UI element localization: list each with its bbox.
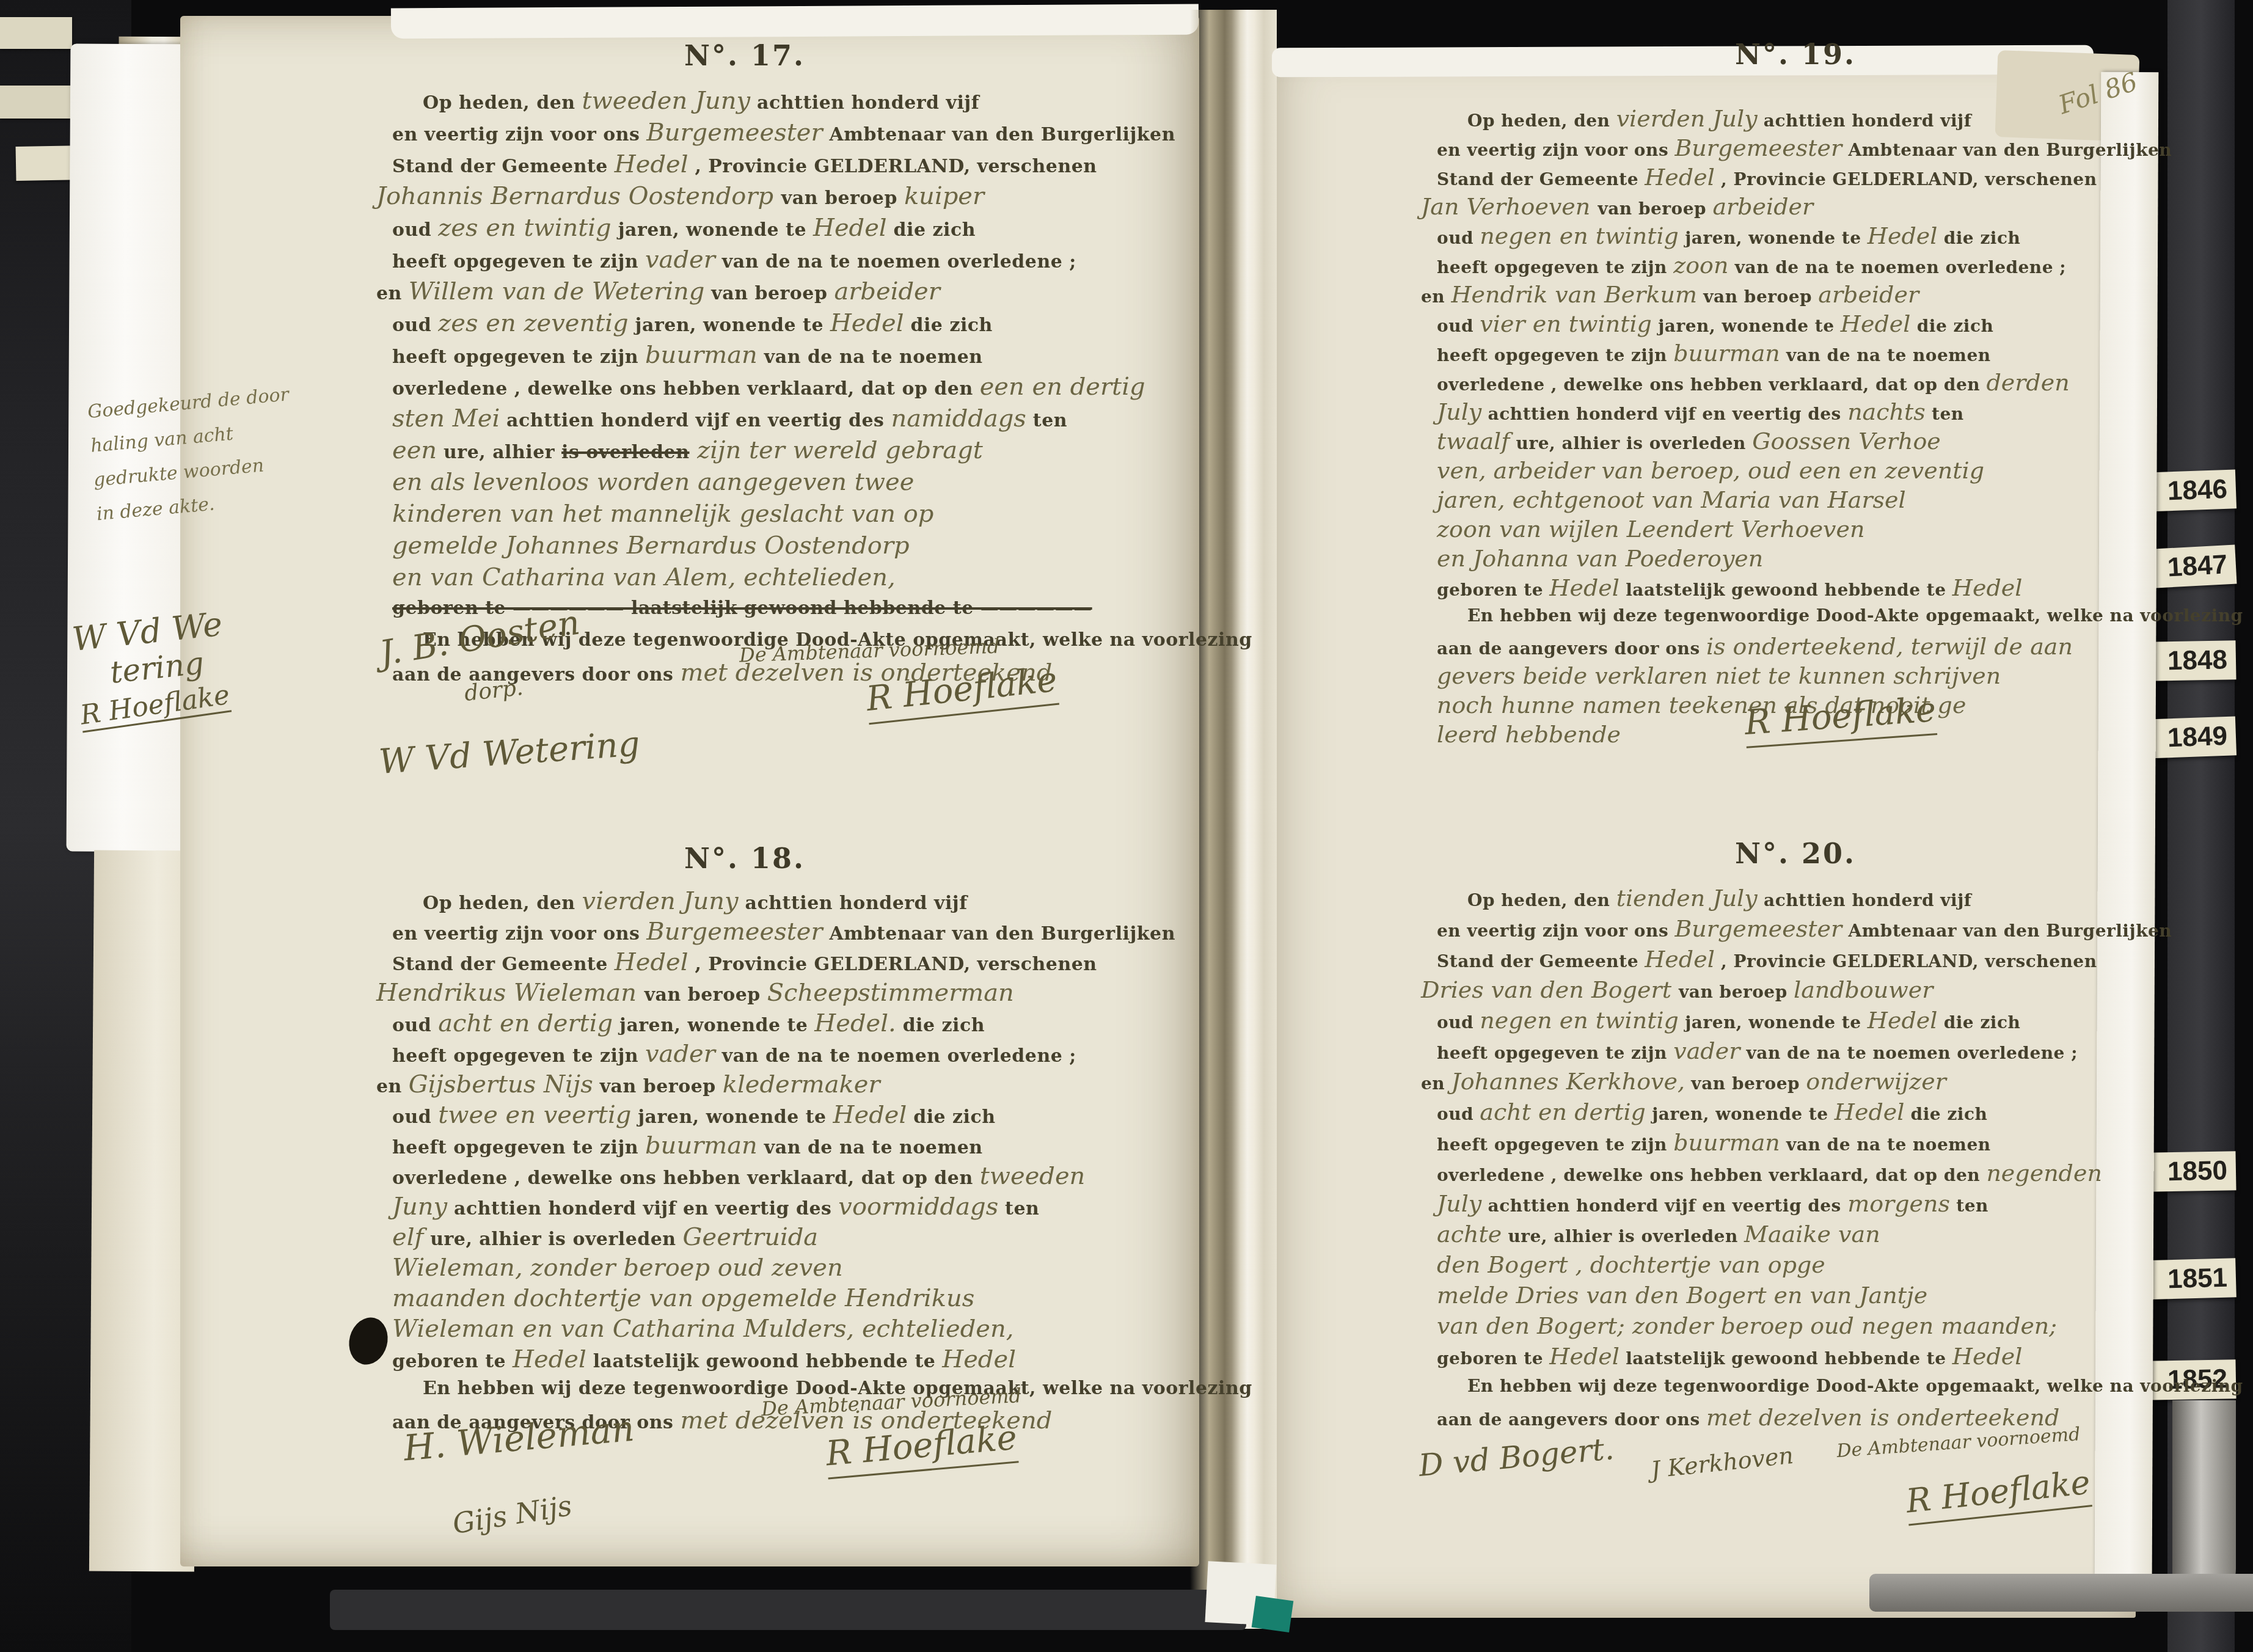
handwritten-text: en van Catharina van Alem, echtelieden, bbox=[392, 563, 896, 591]
text-line: Juny achttien honderd vijf en veertig de… bbox=[392, 1193, 1168, 1223]
printed-text: en veertig zijn voor ons bbox=[392, 923, 646, 945]
text-line: oud zes en twintig jaren, wonende te Hed… bbox=[392, 214, 1168, 246]
text-line: melde Dries van den Bogert en van Jantje bbox=[1437, 1282, 2152, 1312]
text-line: heeft opgegeven te zijn buurman van de n… bbox=[392, 1131, 1168, 1162]
text-line: achte ure, alhier is overleden Maaike va… bbox=[1437, 1221, 2152, 1251]
handwritten-text: sten Mei bbox=[392, 404, 500, 433]
printed-text: van beroep bbox=[704, 283, 834, 304]
handwritten-text: gemelde Johannes Bernardus Oostendorp bbox=[392, 532, 910, 560]
handwritten-text: Hedel bbox=[1952, 574, 2023, 601]
handwritten-text: negen en twintig bbox=[1480, 1007, 1679, 1034]
handwritten-text: Geertruida bbox=[683, 1223, 819, 1251]
printed-text: van de na te noemen overledene ; bbox=[715, 251, 1076, 272]
handwritten-text: buurman bbox=[645, 1131, 758, 1160]
printed-text: Stand der Gemeente bbox=[1437, 169, 1645, 189]
handwritten-text: buurman bbox=[1673, 1129, 1780, 1156]
handwritten-text: buurman bbox=[645, 341, 758, 369]
printed-text: achttien honderd vijf bbox=[1758, 111, 1972, 131]
printed-text: heeft opgegeven te zijn bbox=[392, 1045, 645, 1067]
printed-text: en bbox=[1421, 287, 1451, 307]
text-line: Hendrikus Wieleman van beroep Scheepstim… bbox=[376, 979, 1168, 1009]
handwritten-text: Hedel bbox=[813, 214, 887, 242]
act-19-heading: N°. 19. bbox=[1735, 38, 1856, 71]
text-line: gemelde Johannes Bernardus Oostendorp bbox=[392, 532, 1168, 563]
act-19-body: Op heden, den vierden July achttien hond… bbox=[1437, 105, 2152, 750]
printed-text: ten bbox=[1926, 404, 1964, 424]
printed-text: ure, alhier is overleden bbox=[423, 1229, 682, 1250]
printed-text: aan de aangevers door ons bbox=[392, 664, 680, 685]
handwritten-text: Hedel bbox=[1952, 1343, 2023, 1370]
printed-text: ten bbox=[1026, 410, 1067, 431]
text-line: oud negen en twintig jaren, wonende te H… bbox=[1437, 222, 2152, 252]
printed-text: , Provincie GELDERLAND, verschenen bbox=[1715, 169, 2097, 189]
text-line: en Gijsbertus Nijs van beroep kledermake… bbox=[376, 1070, 1168, 1101]
printed-text: die zich bbox=[1904, 1104, 1987, 1124]
text-line: Stand der Gemeente Hedel , Provincie GEL… bbox=[392, 150, 1168, 182]
text-line: den Bogert , dochtertje van opge bbox=[1437, 1251, 2152, 1282]
printed-text: van de na te noemen bbox=[758, 1137, 983, 1158]
handwritten-text: Wieleman, zonder beroep oud zeven bbox=[392, 1254, 843, 1282]
text-line: geboren te Hedel laatstelijk gewoond heb… bbox=[392, 1345, 1168, 1376]
text-line: oud negen en twintig jaren, wonende te H… bbox=[1437, 1007, 2152, 1037]
handwritten-text: morgens bbox=[1847, 1190, 1950, 1217]
handwritten-text: Maaike van bbox=[1744, 1221, 1880, 1248]
text-line: elf ure, alhier is overleden Geertruida bbox=[392, 1223, 1168, 1254]
text-line: heeft opgegeven te zijn vader van de na … bbox=[392, 1040, 1168, 1070]
text-line: heeft opgegeven te zijn buurman van de n… bbox=[1437, 340, 2152, 369]
handwritten-text: Willem van de Wetering bbox=[409, 277, 705, 305]
handwritten-text: met dezelven is onderteekend bbox=[1706, 1404, 2059, 1431]
text-line: July achttien honderd vijf en veertig de… bbox=[1437, 1190, 2152, 1221]
handwritten-text: arbeider bbox=[1818, 281, 1919, 308]
text-line: en veertig zijn voor ons Burgemeester Am… bbox=[392, 918, 1168, 948]
handwritten-text: vierden Juny bbox=[582, 887, 739, 915]
printed-text: overledene , dewelke ons hebben verklaar… bbox=[392, 378, 980, 400]
printed-text: die zich bbox=[1910, 316, 1993, 336]
text-line: aan de aangevers door ons is onderteeken… bbox=[1437, 633, 2152, 662]
printed-text: laatstelijk gewoond hebbende te bbox=[1619, 580, 1952, 600]
text-line: Wieleman en van Catharina Mulders, echte… bbox=[392, 1315, 1168, 1345]
handwritten-text: Burgemeester bbox=[1674, 134, 1842, 161]
text-line: heeft opgegeven te zijn zoon van de na t… bbox=[1437, 252, 2152, 281]
text-line: ven, arbeider van beroep, oud een en zev… bbox=[1437, 457, 2152, 486]
margin-signatures: W Vd We tering R Hoeflake bbox=[70, 605, 232, 731]
handwritten-text: kinderen van het mannelijk geslacht van … bbox=[392, 500, 933, 528]
text-line: oud vier en twintig jaren, wonende te He… bbox=[1437, 310, 2152, 340]
text-line: Dries van den Bogert van beroep landbouw… bbox=[1421, 976, 2152, 1007]
printed-text: , Provincie GELDERLAND, verschenen bbox=[688, 954, 1097, 975]
handwritten-text: buurman bbox=[1673, 340, 1780, 367]
text-line: jaren, echtgenoot van Maria van Harsel bbox=[1437, 486, 2152, 516]
handwritten-text: vader bbox=[645, 246, 715, 274]
printed-text: van beroep bbox=[1685, 1073, 1806, 1094]
printed-text: heeft opgegeven te zijn bbox=[1437, 1043, 1673, 1063]
handwritten-text: Gijsbertus Nijs bbox=[409, 1070, 593, 1098]
handwritten-text: Hedel bbox=[1835, 1098, 1905, 1125]
printed-text: aan de aangevers door ons bbox=[1437, 1409, 1706, 1430]
metal-clamp-vertical bbox=[2172, 1400, 2236, 1603]
handwritten-text: twaalf bbox=[1437, 428, 1510, 455]
printed-text: van de na te noemen bbox=[1780, 1135, 1991, 1155]
handwritten-text: gevers beide verklaren niet te kunnen sc… bbox=[1437, 662, 2001, 689]
printed-text: die zich bbox=[1937, 228, 2020, 248]
handwritten-text: Hedel bbox=[1645, 946, 1715, 973]
printed-text: die zich bbox=[887, 219, 976, 241]
handwritten-text: elf bbox=[392, 1223, 423, 1251]
printed-text: van beroep bbox=[1598, 199, 1712, 219]
handwritten-text: arbeider bbox=[1712, 193, 1813, 220]
margin-approval-note: Goedgekeurd de door haling van acht gedr… bbox=[86, 373, 360, 532]
printed-text: achttien honderd vijf en veertig des bbox=[1481, 404, 1847, 424]
text-line: maanden dochtertje van opgemelde Hendrik… bbox=[392, 1284, 1168, 1315]
text-line: heeft opgegeven te zijn buurman van de n… bbox=[392, 341, 1168, 373]
printed-text: ten bbox=[1950, 1196, 1988, 1216]
printed-text: aan de aangevers door ons bbox=[1437, 638, 1706, 659]
text-line: Wieleman, zonder beroep oud zeven bbox=[392, 1254, 1168, 1284]
handwritten-text: Wieleman en van Catharina Mulders, echte… bbox=[392, 1315, 1014, 1343]
text-line: van den Bogert; zonder beroep oud negen … bbox=[1437, 1312, 2152, 1343]
text-line: overledene , dewelke ons hebben verklaar… bbox=[1437, 1160, 2152, 1190]
handwritten-text: Hedel bbox=[1868, 1007, 1938, 1034]
printed-text: van de na te noemen bbox=[1780, 345, 1991, 365]
handwritten-text: Hedel bbox=[1549, 1343, 1619, 1370]
handwritten-text: landbouwer bbox=[1794, 976, 1933, 1003]
handwritten-text: vierden July bbox=[1616, 105, 1758, 132]
printed-text: Ambtenaar van den Burgerlijken bbox=[823, 923, 1175, 945]
handwritten-text: Jan Verhoeven bbox=[1421, 193, 1598, 220]
printed-text: oud bbox=[392, 1106, 438, 1128]
handwritten-text: negenden bbox=[1986, 1160, 2102, 1186]
printed-text: oud bbox=[392, 219, 438, 241]
act-20-heading: N°. 20. bbox=[1735, 837, 1856, 870]
printed-text: jaren, wonende te bbox=[612, 219, 813, 241]
printed-text: van beroep bbox=[1679, 982, 1794, 1002]
text-line: Op heden, den tweeden Juny achttien hond… bbox=[392, 87, 1168, 119]
text-line: Op heden, den vierden July achttien hond… bbox=[1437, 105, 2152, 134]
printed-text: en veertig zijn voor ons bbox=[392, 124, 646, 145]
metal-clamp-horizontal bbox=[1869, 1574, 2253, 1612]
handwritten-text: derden bbox=[1986, 369, 2069, 396]
printed-text: jaren, wonende te bbox=[1652, 316, 1841, 336]
printed-text: oud bbox=[1437, 1012, 1480, 1032]
handwritten-text: vader bbox=[645, 1040, 715, 1068]
printed-text: overledene , dewelke ons hebben verklaar… bbox=[1437, 1165, 1986, 1185]
printed-text: die zich bbox=[1937, 1012, 2020, 1032]
text-line: en veertig zijn voor ons Burgemeester Am… bbox=[392, 119, 1168, 150]
printed-text: Op heden, den bbox=[1467, 890, 1616, 910]
text-line: en als levenloos worden aangegeven twee bbox=[392, 468, 1168, 500]
printed-text: jaren, wonende te bbox=[631, 1106, 833, 1128]
printed-text: van de na te noemen overledene ; bbox=[1740, 1043, 2078, 1063]
text-line: Stand der Gemeente Hedel , Provincie GEL… bbox=[1437, 946, 2152, 976]
handwritten-text: Goossen Verhoe bbox=[1752, 428, 1941, 455]
printed-text: en veertig zijn voor ons bbox=[1437, 921, 1674, 941]
handwritten-text: zijn ter wereld gebragt bbox=[689, 436, 982, 464]
handwritten-text: Burgemeester bbox=[1674, 915, 1842, 942]
handwritten-text: Hedel bbox=[833, 1101, 907, 1129]
cradle-teal-marker bbox=[1252, 1596, 1294, 1632]
printed-text: Stand der Gemeente bbox=[392, 954, 615, 975]
printed-text: achttien honderd vijf bbox=[1758, 890, 1972, 910]
text-line: een ure, alhier is overleden zijn ter we… bbox=[392, 436, 1168, 468]
handwritten-text: Hedel bbox=[942, 1345, 1016, 1373]
text-line: Jan Verhoeven van beroep arbeider bbox=[1421, 193, 2152, 222]
handwritten-text: zoon bbox=[1673, 252, 1728, 279]
printed-text: En hebben wij deze tegenwoordige Dood-Ak… bbox=[1467, 1376, 2243, 1396]
handwritten-text: maanden dochtertje van opgemelde Hendrik… bbox=[392, 1284, 974, 1312]
handwritten-text: Johannis Bernardus Oostendorp bbox=[376, 182, 781, 210]
printed-text: van beroep bbox=[593, 1076, 723, 1097]
printed-text: heeft opgegeven te zijn bbox=[1437, 345, 1673, 365]
text-line: sten Mei achttien honderd vijf en veerti… bbox=[392, 404, 1168, 436]
printed-text: En hebben wij deze tegenwoordige Dood-Ak… bbox=[1467, 605, 2243, 626]
act-17-body: Op heden, den tweeden Juny achttien hond… bbox=[392, 87, 1168, 690]
printed-text: ure, alhier bbox=[437, 442, 561, 463]
handwritten-text: vier en twintig bbox=[1480, 310, 1652, 337]
printed-text: Stand der Gemeente bbox=[1437, 951, 1645, 971]
handwritten-text: twee en veertig bbox=[438, 1101, 631, 1129]
printed-text: achttien honderd vijf bbox=[750, 92, 979, 114]
printed-text: achttien honderd vijf en veertig des bbox=[1481, 1196, 1847, 1216]
handwritten-text: leerd hebbende bbox=[1437, 721, 1621, 748]
handwritten-text: tweeden bbox=[980, 1162, 1086, 1190]
text-line: en Hendrik van Berkum van beroep arbeide… bbox=[1421, 281, 2152, 310]
text-line: Stand der Gemeente Hedel , Provincie GEL… bbox=[1437, 164, 2152, 193]
handwritten-text: kledermaker bbox=[723, 1070, 880, 1098]
printed-text: die zich bbox=[904, 315, 993, 336]
printed-text: , Provincie GELDERLAND, verschenen bbox=[1715, 951, 2097, 971]
printed-text: ten bbox=[998, 1198, 1039, 1219]
printed-text: jaren, wonende te bbox=[1679, 228, 1868, 248]
printed-text: Op heden, den bbox=[423, 92, 582, 114]
printed-text: heeft opgegeven te zijn bbox=[1437, 1135, 1673, 1155]
act-18-body: Op heden, den vierden Juny achttien hond… bbox=[392, 887, 1168, 1437]
printed-text: Ambtenaar van den Burgerlijken bbox=[1842, 921, 2172, 941]
handwritten-text: is onderteekend, terwijl de aan bbox=[1706, 633, 2073, 660]
text-line: en Johannes Kerkhove, van beroep onderwi… bbox=[1421, 1068, 2152, 1098]
printed-text: Stand der Gemeente bbox=[392, 156, 615, 177]
printed-text: achttien honderd vijf en veertig des bbox=[447, 1198, 838, 1219]
handwritten-text: July bbox=[1437, 1190, 1481, 1217]
handwritten-text: een en dertig bbox=[980, 373, 1145, 401]
text-line: En hebben wij deze tegenwoordige Dood-Ak… bbox=[1437, 1373, 2152, 1404]
handwritten-text: een bbox=[392, 436, 437, 464]
printed-text: oud bbox=[392, 315, 438, 336]
register-book-scan: 1846 1847 1848 1849 1850 1851 1852 Fol 8… bbox=[0, 0, 2253, 1652]
printed-text: en bbox=[376, 1076, 409, 1097]
printed-text: , Provincie GELDERLAND, verschenen bbox=[688, 156, 1097, 177]
handwritten-text: arbeider bbox=[834, 277, 940, 305]
handwritten-text: Hendrik van Berkum bbox=[1451, 281, 1697, 308]
text-line: en Willem van de Wetering van beroep arb… bbox=[376, 277, 1168, 309]
printed-text: laatstelijk gewoond hebbende te bbox=[586, 1351, 943, 1372]
text-line: gevers beide verklaren niet te kunnen sc… bbox=[1437, 662, 2152, 692]
handwritten-text: en als levenloos worden aangegeven twee bbox=[392, 468, 914, 496]
text-line: en veertig zijn voor ons Burgemeester Am… bbox=[1437, 134, 2152, 164]
act-17-heading: N°. 17. bbox=[684, 39, 805, 72]
printed-text: overledene , dewelke ons hebben verklaar… bbox=[392, 1168, 980, 1189]
text-line: twaalf ure, alhier is overleden Goossen … bbox=[1437, 428, 2152, 457]
handwritten-text: acht en dertig bbox=[1480, 1098, 1646, 1125]
handwritten-text: en Johanna van Poederoyen bbox=[1437, 545, 1763, 572]
text-line: Stand der Gemeente Hedel , Provincie GEL… bbox=[392, 948, 1168, 979]
handwritten-text: Hedel bbox=[1841, 310, 1911, 337]
handwritten-text: Burgemeester bbox=[646, 119, 822, 147]
printed-text: en bbox=[376, 283, 409, 304]
printed-text: die zich bbox=[896, 1015, 985, 1036]
printed-text: oud bbox=[392, 1015, 438, 1036]
handwritten-text: vader bbox=[1673, 1037, 1740, 1064]
right-page-top-edge bbox=[1272, 45, 2094, 78]
text-line: en Johanna van Poederoyen bbox=[1437, 545, 2152, 574]
printed-text: ure, alhier is overleden bbox=[1510, 433, 1752, 453]
left-page-top-edge bbox=[391, 4, 1199, 39]
handwritten-text: Hedel bbox=[513, 1345, 586, 1373]
printed-text: van beroep bbox=[781, 188, 904, 209]
handwritten-text: ven, arbeider van beroep, oud een en zev… bbox=[1437, 457, 1984, 484]
handwritten-text: voormiddags bbox=[838, 1193, 998, 1221]
printed-text: van de na te noemen overledene ; bbox=[715, 1045, 1076, 1067]
text-line: en van Catharina van Alem, echtelieden, bbox=[392, 563, 1168, 595]
handwritten-text: Hedel bbox=[615, 948, 688, 976]
handwritten-text: acht en dertig bbox=[438, 1009, 613, 1037]
printed-text: oud bbox=[1437, 1104, 1480, 1124]
handwritten-text: Johannes Kerkhove, bbox=[1451, 1068, 1685, 1095]
text-line: En hebben wij deze tegenwoordige Dood-Ak… bbox=[1437, 604, 2152, 633]
text-line: Op heden, den vierden Juny achttien hond… bbox=[392, 887, 1168, 918]
handwritten-text: Hedel bbox=[615, 150, 688, 178]
text-line: heeft opgegeven te zijn vader van de na … bbox=[1437, 1037, 2152, 1068]
handwritten-text: negen en twintig bbox=[1480, 222, 1679, 249]
printed-text: van de na te noemen bbox=[758, 346, 983, 368]
printed-text: is overleden bbox=[561, 442, 689, 463]
text-line: geboren te Hedel laatstelijk gewoond heb… bbox=[1437, 574, 2152, 604]
handwritten-text: tienden July bbox=[1616, 885, 1758, 912]
handwritten-text: nachts bbox=[1847, 398, 1926, 425]
text-line: overledene , dewelke ons hebben verklaar… bbox=[392, 373, 1168, 404]
handwritten-text: Juny bbox=[392, 1193, 447, 1221]
handwritten-text: zes en twintig bbox=[438, 214, 611, 242]
printed-text: laatstelijk gewoond hebbende te bbox=[1619, 1348, 1952, 1369]
printed-text: overledene , dewelke ons hebben verklaar… bbox=[1437, 375, 1986, 395]
handwritten-text: van den Bogert; zonder beroep oud negen … bbox=[1437, 1312, 2057, 1339]
handwritten-text: namiddags bbox=[891, 404, 1026, 433]
act-20-body: Op heden, den tienden July achttien hond… bbox=[1437, 885, 2152, 1435]
text-line: geboren te Hedel laatstelijk gewoond heb… bbox=[1437, 1343, 2152, 1373]
printed-text: van beroep bbox=[1697, 287, 1818, 307]
handwritten-text: Hedel bbox=[830, 309, 904, 337]
handwritten-text: onderwijzer bbox=[1806, 1068, 1946, 1095]
text-line: heeft opgegeven te zijn vader van de na … bbox=[392, 246, 1168, 277]
printed-text: Op heden, den bbox=[1467, 111, 1616, 131]
printed-text: jaren, wonende te bbox=[1679, 1012, 1868, 1032]
printed-text: Ambtenaar van den Burgerlijken bbox=[1842, 140, 2172, 160]
printed-text: achttien honderd vijf en veertig des bbox=[500, 410, 891, 431]
handwritten-text: zes en zeventig bbox=[438, 309, 628, 337]
printed-text: jaren, wonende te bbox=[1646, 1104, 1835, 1124]
handwritten-text: den Bogert , dochtertje van opge bbox=[1437, 1251, 1825, 1278]
handwritten-text: jaren, echtgenoot van Maria van Harsel bbox=[1437, 486, 1906, 513]
text-line: oud zes en zeventig jaren, wonende te He… bbox=[392, 309, 1168, 341]
text-line: zoon van wijlen Leendert Verhoeven bbox=[1437, 516, 2152, 545]
printed-text: jaren, wonende te bbox=[629, 315, 830, 336]
text-line: oud twee en veertig jaren, wonende te He… bbox=[392, 1101, 1168, 1131]
handwritten-text: Burgemeester bbox=[646, 918, 822, 946]
printed-text: geboren te bbox=[1437, 580, 1549, 600]
printed-text: heeft opgegeven te zijn bbox=[392, 251, 645, 272]
printed-text: heeft opgegeven te zijn bbox=[392, 346, 645, 368]
text-line: Op heden, den tienden July achttien hond… bbox=[1437, 885, 2152, 915]
text-line: kinderen van het mannelijk geslacht van … bbox=[392, 500, 1168, 532]
handwritten-text: Hedel. bbox=[814, 1009, 896, 1037]
handwritten-text: Hedel bbox=[1549, 574, 1619, 601]
handwritten-text: tweeden Juny bbox=[582, 87, 751, 115]
printed-text: heeft opgegeven te zijn bbox=[1437, 257, 1673, 277]
printed-text: die zich bbox=[907, 1106, 995, 1128]
printed-text: heeft opgegeven te zijn bbox=[392, 1137, 645, 1158]
printed-text: ure, alhier is overleden bbox=[1502, 1226, 1744, 1246]
left-bookmark-tab bbox=[0, 17, 72, 49]
act-18-heading: N°. 18. bbox=[684, 842, 805, 875]
cradle-shadow bbox=[330, 1590, 1246, 1630]
printed-text: van beroep bbox=[644, 984, 767, 1006]
printed-text: geboren te bbox=[1437, 1348, 1549, 1369]
handwritten-text: Hedel bbox=[1868, 222, 1938, 249]
handwritten-text: kuiper bbox=[904, 182, 984, 210]
printed-text: geboren te bbox=[392, 1351, 513, 1372]
printed-text: en bbox=[1421, 1073, 1451, 1094]
text-line: overledene , dewelke ons hebben verklaar… bbox=[1437, 369, 2152, 398]
text-line: overledene , dewelke ons hebben verklaar… bbox=[392, 1162, 1168, 1193]
handwritten-text: zoon van wijlen Leendert Verhoeven bbox=[1437, 516, 1865, 543]
handwritten-text: Hendrikus Wieleman bbox=[376, 979, 644, 1007]
text-line: Johannis Bernardus Oostendorp van beroep… bbox=[376, 182, 1168, 214]
text-line: oud acht en dertig jaren, wonende te Hed… bbox=[1437, 1098, 2152, 1129]
printed-text: Ambtenaar van den Burgerlijken bbox=[823, 124, 1175, 145]
printed-text: oud bbox=[1437, 316, 1480, 336]
text-line: heeft opgegeven te zijn buurman van de n… bbox=[1437, 1129, 2152, 1160]
handwritten-text: Hedel bbox=[1645, 164, 1715, 191]
printed-text: oud bbox=[1437, 228, 1480, 248]
printed-text: Op heden, den bbox=[423, 893, 582, 914]
printed-text: jaren, wonende te bbox=[613, 1015, 814, 1036]
text-line: oud acht en dertig jaren, wonende te Hed… bbox=[392, 1009, 1168, 1040]
handwritten-text: July bbox=[1437, 398, 1481, 425]
handwritten-text: Scheepstimmerman bbox=[767, 979, 1014, 1007]
text-line: en veertig zijn voor ons Burgemeester Am… bbox=[1437, 915, 2152, 946]
printed-text: van de na te noemen overledene ; bbox=[1728, 257, 2066, 277]
text-line: July achttien honderd vijf en veertig de… bbox=[1437, 398, 2152, 428]
handwritten-text: achte bbox=[1437, 1221, 1502, 1248]
handwritten-text: Dries van den Bogert bbox=[1421, 976, 1679, 1003]
printed-text: achttien honderd vijf bbox=[739, 893, 968, 914]
printed-text: en veertig zijn voor ons bbox=[1437, 140, 1674, 160]
handwritten-text: melde Dries van den Bogert en van Jantje bbox=[1437, 1282, 1927, 1309]
